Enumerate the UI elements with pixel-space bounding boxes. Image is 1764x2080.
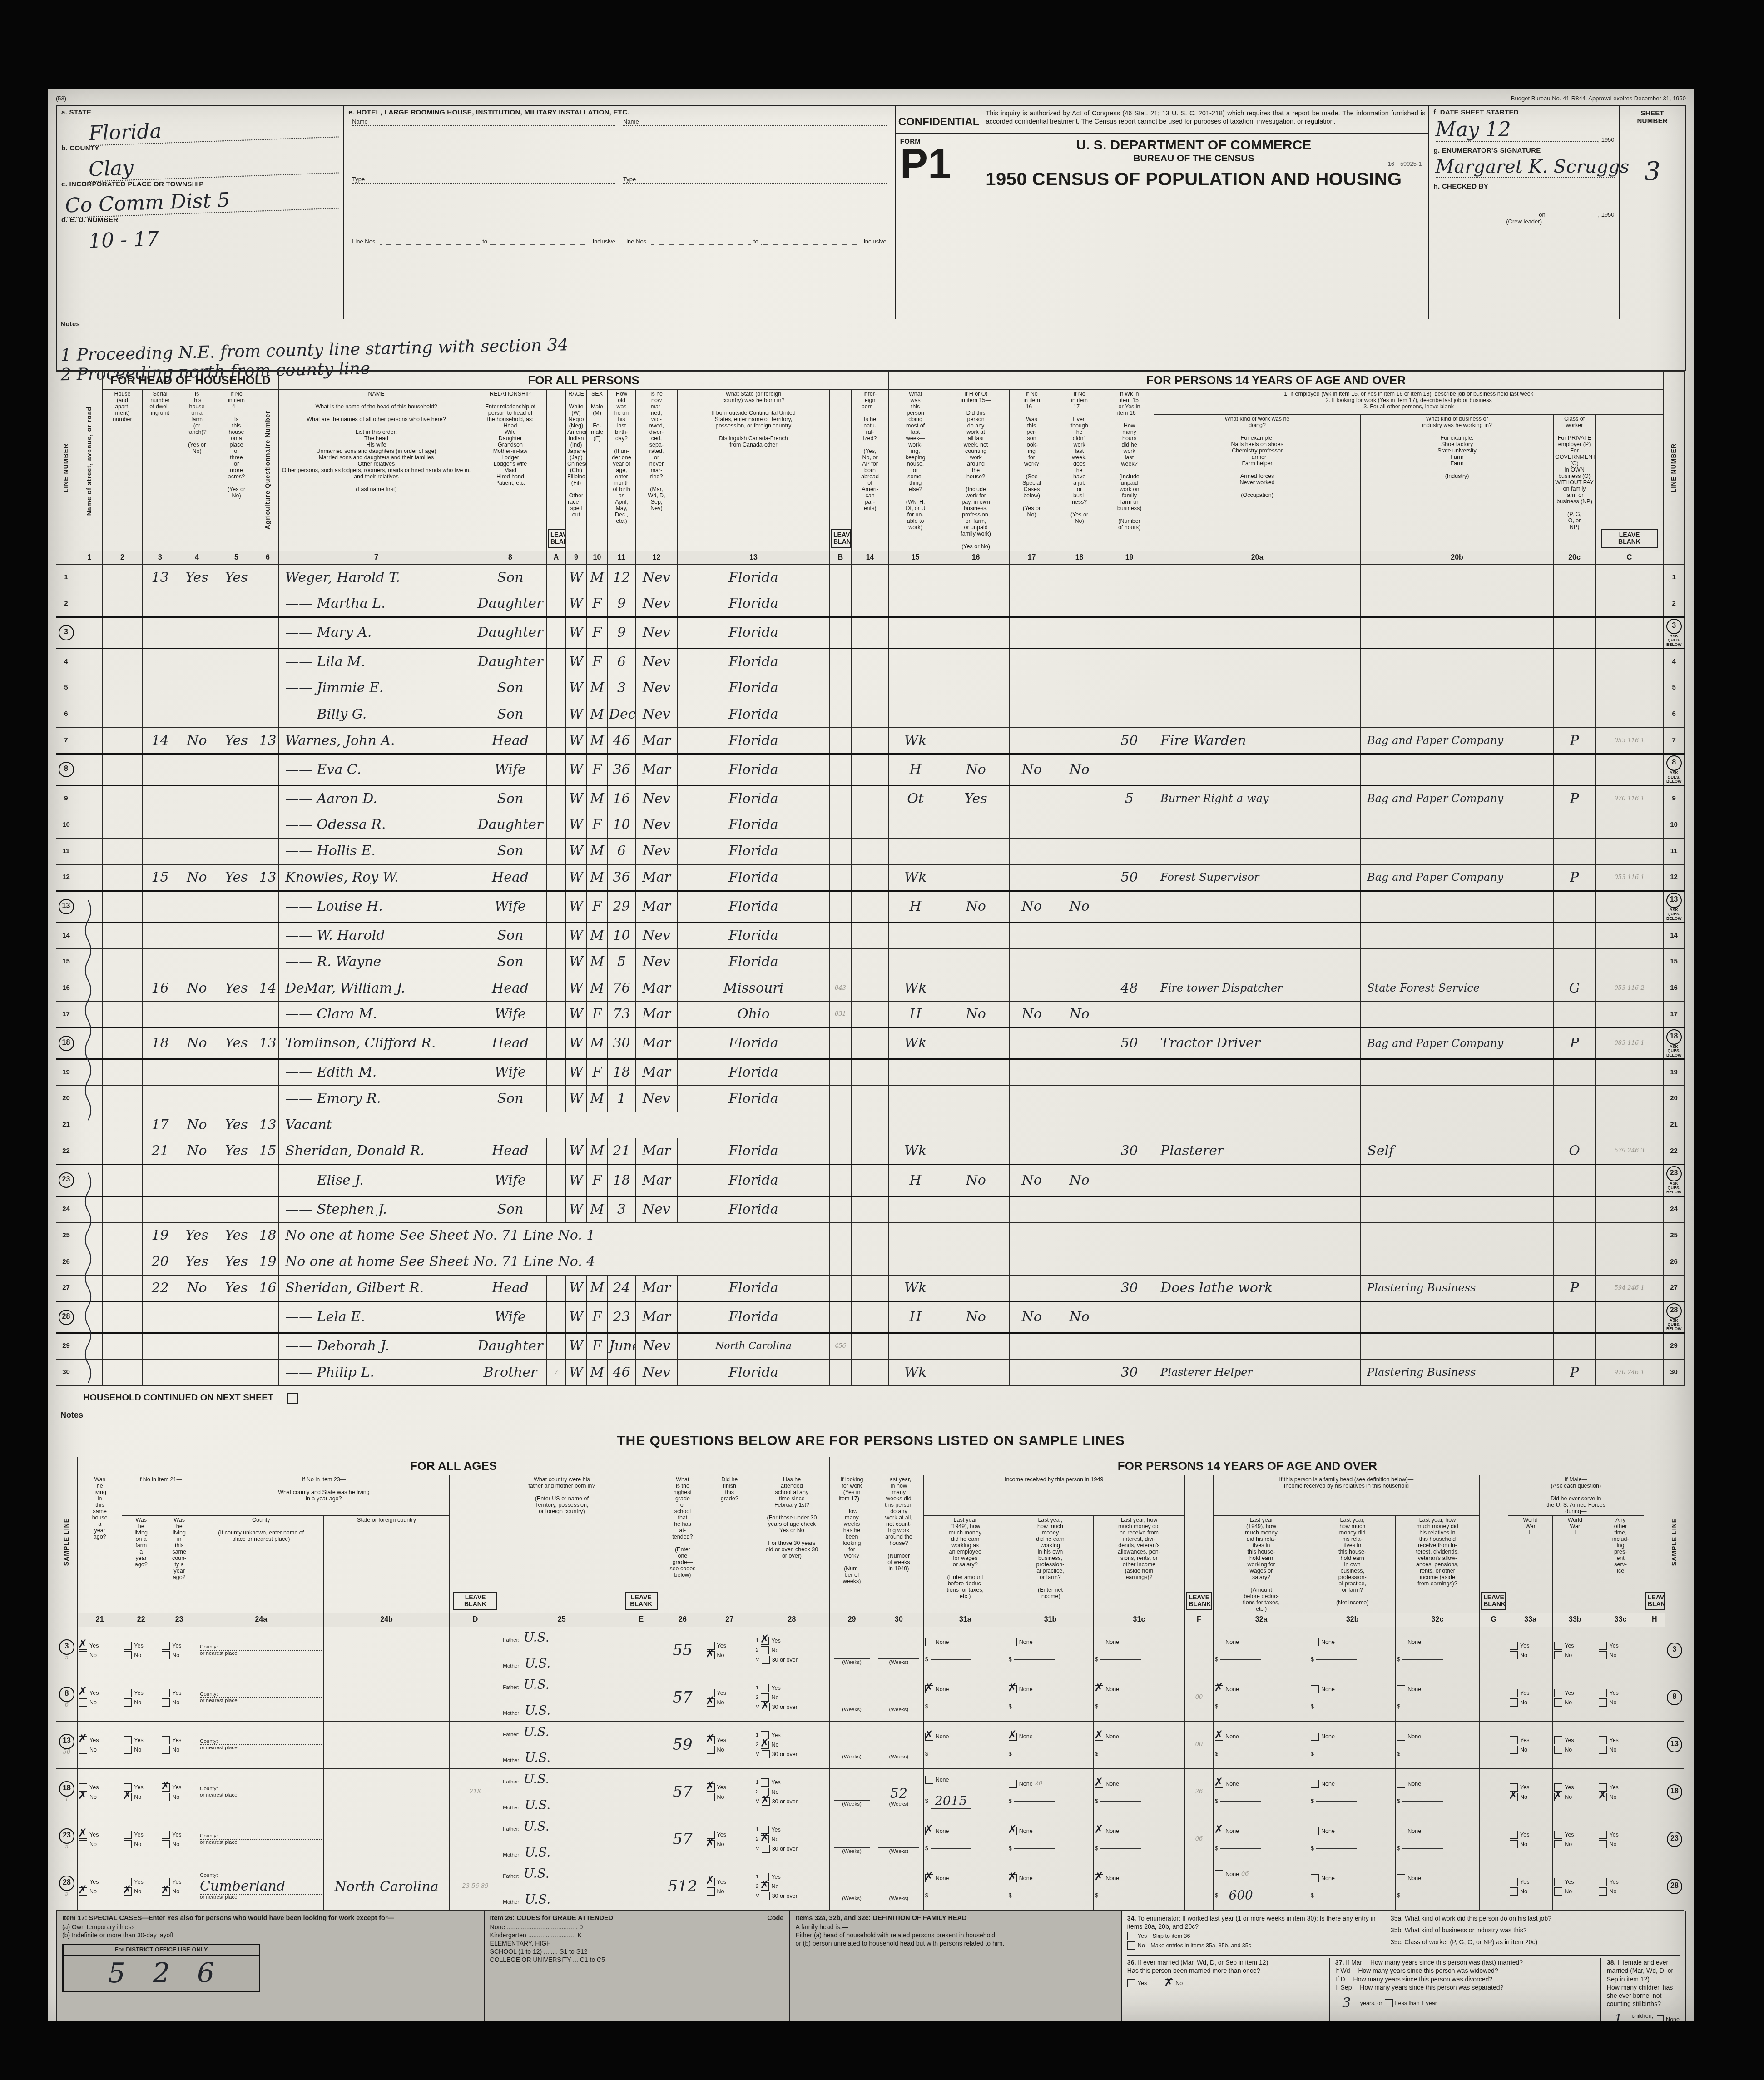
checkbox	[1510, 1831, 1518, 1839]
relatives-other-32c: None$	[1396, 1674, 1479, 1721]
looking-for-work	[1010, 591, 1054, 617]
checkbox	[1397, 1874, 1405, 1882]
industry: Bag and Paper Company	[1361, 864, 1554, 891]
has-job: No	[1054, 1165, 1105, 1196]
sex: M	[587, 675, 608, 701]
column-number: 3	[143, 551, 178, 565]
armed-forces-header: If Male— (Ask each question) Did he ever…	[1508, 1475, 1644, 1515]
has-job: No	[1054, 754, 1105, 785]
served-ww1: YesNo	[1553, 1627, 1597, 1674]
line-number-right: 9	[1664, 785, 1685, 812]
checkbox	[762, 1845, 770, 1853]
checkbox-label: No	[89, 1794, 97, 1800]
person-row: 2620YesYes19No one at home See Sheet No.…	[56, 1249, 1685, 1275]
hours-worked	[1105, 754, 1154, 785]
checkbox: ✗	[762, 1703, 770, 1711]
to-label: to	[482, 238, 487, 245]
leave-blank-d: 23 56 89	[449, 1863, 501, 1910]
hotel-name-label: Name	[623, 118, 887, 126]
leave-blank-c	[1596, 617, 1664, 649]
sex: M	[587, 1196, 608, 1222]
checkbox: ✗	[79, 1831, 87, 1839]
has-job	[1054, 617, 1105, 649]
leave-blank-d: 21X	[449, 1768, 501, 1816]
looking-for-work	[1010, 1359, 1054, 1385]
looking-for-work	[1010, 565, 1054, 591]
industry	[1361, 1086, 1554, 1112]
served-other-time: Yes✗No	[1597, 1768, 1644, 1816]
street-cell	[76, 922, 103, 948]
agriculture-questionnaire	[257, 1086, 279, 1112]
checkbox	[1311, 1733, 1319, 1741]
class-of-worker: P	[1554, 785, 1596, 812]
all-persons-band: FOR ALL PERSONS	[279, 372, 889, 390]
class-of-worker	[1554, 891, 1596, 922]
marital-status: Mar	[636, 1001, 678, 1028]
line-number-right: 23ASK QUES. BELOW	[1664, 1165, 1685, 1196]
hours-worked	[1105, 675, 1154, 701]
naturalized	[852, 1138, 889, 1165]
leave-blank-a	[547, 785, 566, 812]
leave-blank-e	[622, 1627, 660, 1674]
sample-line-badge: 3	[1667, 1643, 1682, 1658]
hotel-title: e. HOTEL, LARGE ROOMING HOUSE, INSTITUTI…	[348, 109, 890, 116]
line-number-left: 27	[56, 1275, 76, 1301]
checkbox-label: No	[1565, 1747, 1572, 1753]
persons-14-band: FOR PERSONS 14 YEARS OF AGE AND OVER	[829, 1457, 1665, 1475]
person-name: —— Clara M.	[279, 1001, 474, 1028]
line-number-left: 12	[56, 864, 76, 891]
year-1950: , 1950	[1598, 136, 1614, 143]
enumerator-label: g. ENUMERATOR'S SIGNATURE	[1434, 147, 1615, 154]
leave-blank-b	[830, 838, 852, 864]
checkbox	[762, 1892, 770, 1900]
street-cell	[76, 565, 103, 591]
marital-status: Mar	[636, 728, 678, 754]
naturalized	[852, 1333, 889, 1359]
checkbox: ✗	[1510, 1793, 1518, 1801]
person-name: —— Lela E.	[279, 1301, 474, 1333]
looking-for-work	[1010, 1275, 1054, 1301]
col-header-acres: If No in item 4— Is this house on a plac…	[216, 390, 257, 551]
state-year-ago: North Carolina	[324, 1863, 449, 1910]
item-34-yes-label: Yes—Skip to item 36	[1138, 1932, 1190, 1940]
class-of-worker	[1554, 565, 1596, 591]
did-any-work	[942, 1112, 1010, 1138]
checkbox: ✗	[1095, 1874, 1103, 1882]
class-of-worker	[1554, 1001, 1596, 1028]
birthplace: Florida	[678, 728, 830, 754]
occupation	[1154, 675, 1361, 701]
relationship: Son	[474, 948, 547, 975]
same-county-year-ago: ✗YesNo	[160, 1768, 198, 1816]
house-number	[103, 948, 143, 975]
income-own-business-31b: None20$	[1007, 1768, 1093, 1816]
col-header-mar: Is he now mar- ried, wid- owed, divor- c…	[636, 390, 678, 551]
street-cell	[76, 948, 103, 975]
column-number: 5	[216, 551, 257, 565]
finished-grade: Yes✗No	[705, 1627, 754, 1674]
checkbox-label: Yes	[1520, 1879, 1529, 1885]
class-of-worker: P	[1554, 864, 1596, 891]
finished-grade: Yes✗No	[705, 1674, 754, 1721]
activity-last-week	[889, 1059, 942, 1086]
leave-blank-h	[1644, 1816, 1665, 1863]
street-cell	[76, 1001, 103, 1028]
sex: F	[587, 591, 608, 617]
house-number	[103, 649, 143, 675]
leave-blank-b	[830, 812, 852, 838]
served-ww2: YesNo	[1508, 1674, 1552, 1721]
checkbox-label: No	[134, 1699, 141, 1706]
checkbox: ✗	[79, 1689, 87, 1697]
three-acres	[216, 785, 257, 812]
sheet-number-value: 3	[1625, 157, 1680, 186]
activity-last-week: Wk	[889, 1138, 942, 1165]
birthplace: Florida	[678, 838, 830, 864]
leave-blank-h	[1644, 1674, 1665, 1721]
class-of-worker	[1554, 1086, 1596, 1112]
on-farm: Yes	[178, 1222, 216, 1249]
checkbox-label: No	[172, 1699, 179, 1706]
confidential-text: This inquiry is authorized by Act of Con…	[986, 109, 1425, 129]
checkbox: ✗	[79, 1736, 87, 1744]
leave-blank-g	[1479, 1768, 1508, 1816]
sex: M	[587, 975, 608, 1001]
col-header-house: House (and apart- ment) number	[103, 390, 143, 551]
checkbox	[1599, 1698, 1607, 1707]
sample-line-left: 35	[56, 1627, 78, 1674]
did-any-work	[942, 617, 1010, 649]
agriculture-questionnaire	[257, 675, 279, 701]
checkbox	[1510, 1840, 1518, 1848]
hours-worked	[1105, 1333, 1154, 1359]
person-name: Sheridan, Donald R.	[279, 1138, 474, 1165]
checkbox-label: Yes	[1520, 1737, 1529, 1743]
sample-line-badge: 23	[59, 1828, 74, 1844]
leave-blank-f: 26	[1184, 1768, 1213, 1816]
three-acres	[216, 675, 257, 701]
marital-status: Nev	[636, 701, 678, 728]
has-job	[1054, 649, 1105, 675]
leave-blank-a	[547, 838, 566, 864]
person-row: 2117NoYes13Vacant21	[56, 1112, 1685, 1138]
three-acres	[216, 1333, 257, 1359]
did-any-work	[942, 649, 1010, 675]
enumerator-signature: Margaret K. Scruggs	[1436, 156, 1615, 178]
age: 29	[608, 891, 636, 922]
column-number: 33c	[1597, 1613, 1644, 1627]
checkbox-label: Yes	[1609, 1832, 1618, 1838]
checkbox	[1397, 1733, 1405, 1741]
sample-line-badge: 8	[59, 1687, 74, 1702]
did-any-work	[942, 1222, 1010, 1249]
household-continued-label: HOUSEHOLD CONTINUED ON NEXT SHEET	[83, 1393, 273, 1403]
class-of-worker	[1554, 649, 1596, 675]
special-cases-title: Item 17: SPECIAL CASES—Enter Yes also fo…	[62, 1914, 478, 1923]
sample-line-left: 235	[56, 1816, 78, 1863]
column-number: A	[547, 551, 566, 565]
leave-blank-c	[1596, 591, 1664, 617]
checkbox	[124, 1651, 132, 1659]
column-number: 9	[566, 551, 587, 565]
item-38-text: If female and ever married (Mar, Wd, D, …	[1607, 1959, 1673, 2007]
looking-for-work	[1010, 838, 1054, 864]
occupation	[1154, 1001, 1361, 1028]
occupation	[1154, 1222, 1361, 1249]
activity-last-week	[889, 565, 942, 591]
leave-blank-c	[1596, 1001, 1664, 1028]
col-header-name: NAME What is the name of the head of thi…	[279, 390, 474, 551]
checkbox-label: Yes	[1565, 1643, 1574, 1649]
looking-for-work	[1010, 975, 1054, 1001]
q27-header: Did he finish this grade?	[705, 1475, 754, 1613]
weeks-worked-1949: (Weeks)	[874, 1627, 923, 1674]
q33c-header: Any other time, includ- ing pres- ent se…	[1597, 1515, 1644, 1613]
marital-status: Mar	[636, 975, 678, 1001]
same-house-year-ago: ✗YesNo	[78, 1627, 122, 1674]
leave-blank-c	[1596, 675, 1664, 701]
marital-status: Mar	[636, 891, 678, 922]
checkbox: ✗	[707, 1878, 715, 1886]
checkbox	[1397, 1827, 1405, 1835]
industry	[1361, 701, 1554, 728]
leave-blank-a: 7	[547, 1359, 566, 1385]
line-number-left: 18	[56, 1028, 76, 1059]
sample-row: 86✗YesNoYesNoYesNoCounty:or nearest plac…	[56, 1674, 1684, 1721]
leave-blank-a	[547, 1275, 566, 1301]
on-farm: No	[178, 864, 216, 891]
on-farm	[178, 1001, 216, 1028]
leave-blank-g	[1479, 1721, 1508, 1768]
hours-worked	[1105, 1086, 1154, 1112]
checkbox-label: No	[172, 1652, 179, 1658]
checkbox: ✗	[707, 1783, 715, 1792]
checkbox	[1095, 1638, 1103, 1646]
house-number	[103, 785, 143, 812]
leave-blank-a	[547, 565, 566, 591]
column-number: 31b	[1007, 1613, 1093, 1627]
looking-for-work: No	[1010, 1001, 1054, 1028]
birthplace: Florida	[678, 1165, 830, 1196]
leave-blank-g: LEAVE BLANK	[1479, 1475, 1508, 1613]
line-number-right: 3ASK QUES. BELOW	[1664, 617, 1685, 649]
column-number: F	[1184, 1613, 1213, 1627]
checkbox: ✗	[1215, 1827, 1223, 1835]
marital-status: Nev	[636, 812, 678, 838]
relationship: Daughter	[474, 1333, 547, 1359]
column-number: 20b	[1361, 551, 1554, 565]
sex: F	[587, 1165, 608, 1196]
q31c-header: Last year, how much money did he receive…	[1094, 1515, 1185, 1613]
house-number	[103, 838, 143, 864]
state-label: a. STATE	[61, 109, 91, 116]
sample-line-badge: 13	[1667, 1737, 1682, 1752]
looking-for-work	[1010, 812, 1054, 838]
sample-row: 35✗YesNoYesNoYesNoCounty:or nearest plac…	[56, 1627, 1684, 1674]
occupation	[1154, 1086, 1361, 1112]
industry	[1361, 838, 1554, 864]
house-number	[103, 864, 143, 891]
sex: F	[587, 754, 608, 785]
race: W	[566, 975, 587, 1001]
naturalized	[852, 649, 889, 675]
occupation: Tractor Driver	[1154, 1028, 1361, 1059]
person-name: —— Edith M.	[279, 1059, 474, 1086]
column-number: 27	[705, 1613, 754, 1627]
street-cell	[76, 838, 103, 864]
sample-line-header: SAMPLE LINE	[1665, 1457, 1684, 1627]
marital-status: Mar	[636, 1275, 678, 1301]
agriculture-questionnaire: 13	[257, 1112, 279, 1138]
weeks-looking: (Weeks)	[829, 1768, 874, 1816]
sex: M	[587, 785, 608, 812]
street-header: Name of street, avenue, or road	[76, 372, 103, 551]
checkbox	[1599, 1746, 1607, 1754]
occupation	[1154, 922, 1361, 948]
did-any-work	[942, 948, 1010, 975]
leave-blank-c: 579 246 3	[1596, 1138, 1664, 1165]
dwelling-serial	[143, 1059, 178, 1086]
column-number: 32a	[1214, 1613, 1309, 1627]
col-header-industry: What kind of business or industry was he…	[1361, 414, 1554, 551]
leave-blank-f	[1184, 1863, 1213, 1910]
leave-blank-c: 594 246 1	[1596, 1275, 1664, 1301]
has-job	[1054, 864, 1105, 891]
leave-blank-b: 031	[830, 1001, 852, 1028]
birthplace: Florida	[678, 1086, 830, 1112]
sex: M	[587, 1086, 608, 1112]
person-row: 19—— Edith M.WifeWF18MarFlorida19	[56, 1059, 1685, 1086]
family-head-title: Items 32a, 32b, and 32c: DEFINITION OF F…	[795, 1914, 1115, 1923]
checkbox-label: Yes	[717, 1737, 726, 1743]
age: 30	[608, 1028, 636, 1059]
leave-blank-e	[622, 1721, 660, 1768]
finished-grade: ✗YesNo	[705, 1721, 754, 1768]
leave-blank-f	[1184, 1627, 1213, 1674]
same-county-year-ago: YesNo	[160, 1627, 198, 1674]
occupation	[1154, 948, 1361, 975]
leave-blank-f: LEAVE BLANK	[1184, 1475, 1213, 1613]
served-ww1: Yes✗No	[1553, 1768, 1597, 1816]
checkbox: ✗	[1095, 1733, 1103, 1741]
q31a-header: Last year (1949), how much money did he …	[923, 1515, 1007, 1613]
house-number	[103, 1301, 143, 1333]
class-of-worker: P	[1554, 1275, 1596, 1301]
sample-line-badge: 3	[59, 625, 74, 640]
person-name: —— Louise H.	[279, 891, 474, 922]
column-number: 32c	[1396, 1613, 1479, 1627]
col-header-lb: LEAVE BLANK	[830, 390, 852, 551]
checkbox: ✗	[1009, 1733, 1017, 1741]
q32b-header: Last year, how much money did his rela- …	[1309, 1515, 1396, 1613]
race: W	[566, 728, 587, 754]
sex: M	[587, 864, 608, 891]
house-number	[103, 1112, 143, 1138]
birthplace: Florida	[678, 649, 830, 675]
birthplace: Florida	[678, 1138, 830, 1165]
income-own-business-31b: ✗None$	[1007, 1721, 1093, 1768]
looking-for-work	[1010, 1112, 1054, 1138]
relationship: Wife	[474, 1165, 547, 1196]
line-number-left: 15	[56, 948, 76, 975]
weeks-looking: (Weeks)	[829, 1674, 874, 1721]
class-of-worker	[1554, 675, 1596, 701]
item-34-no-label: No—Make entries in items 35a, 35b, and 3…	[1138, 1942, 1251, 1949]
age: 76	[608, 975, 636, 1001]
leave-blank-c	[1596, 1222, 1664, 1249]
same-house-year-ago: Yes✗No	[78, 1768, 122, 1816]
has-job	[1054, 1275, 1105, 1301]
sample-lines-table: SAMPLE LINEFOR ALL AGESFOR PERSONS 14 YE…	[56, 1457, 1684, 1911]
hours-worked	[1105, 922, 1154, 948]
checkbox-label: Yes	[134, 1643, 143, 1649]
leave-blank-b	[830, 1359, 852, 1385]
checkbox	[162, 1831, 170, 1839]
leave-blank-c	[1596, 922, 1664, 948]
dwelling-serial	[143, 1165, 178, 1196]
occupation	[1154, 812, 1361, 838]
checkbox-label: Yes	[89, 1879, 99, 1885]
naturalized	[852, 975, 889, 1001]
column-number: 11	[608, 551, 636, 565]
relatives-other-32c: None$	[1396, 1627, 1479, 1674]
checkbox	[1554, 1651, 1562, 1659]
race: W	[566, 812, 587, 838]
leave-blank-a	[547, 1001, 566, 1028]
agriculture-questionnaire	[257, 812, 279, 838]
col-header-lb: LEAVE BLANK	[547, 390, 566, 551]
has-job	[1054, 1086, 1105, 1112]
checkbox	[925, 1638, 933, 1646]
class-of-worker	[1554, 617, 1596, 649]
three-acres	[216, 1196, 257, 1222]
hours-worked: 48	[1105, 975, 1154, 1001]
agriculture-questionnaire	[257, 591, 279, 617]
three-acres	[216, 1059, 257, 1086]
class-of-worker	[1554, 1059, 1596, 1086]
birthplace: Ohio	[678, 1001, 830, 1028]
same-county-year-ago: YesNo	[160, 1674, 198, 1721]
persons-14-band: FOR PERSONS 14 YEARS OF AGE AND OVER	[889, 372, 1664, 390]
agriculture-questionnaire: 13	[257, 1028, 279, 1059]
relationship: Head	[474, 1275, 547, 1301]
finished-grade: ✗YesNo	[705, 1768, 754, 1816]
sex: M	[587, 565, 608, 591]
leave-blank-h	[1644, 1721, 1665, 1768]
industry	[1361, 948, 1554, 975]
house-number	[103, 754, 143, 785]
line-number-left: 10	[56, 812, 76, 838]
relationship: Son	[474, 922, 547, 948]
person-name: —— W. Harold	[279, 922, 474, 948]
checkbox-label: Yes	[134, 1737, 143, 1743]
date-started-label: f. DATE SHEET STARTED	[1434, 109, 1615, 116]
county-year-ago: County:or nearest place:	[198, 1768, 324, 1816]
checkbox-label: Yes	[1565, 1784, 1574, 1791]
agriculture-questionnaire	[257, 565, 279, 591]
class-of-worker	[1554, 754, 1596, 785]
checkbox: ✗	[1599, 1793, 1607, 1801]
on-farm	[178, 948, 216, 975]
column-number: 31c	[1094, 1613, 1185, 1627]
has-job	[1054, 591, 1105, 617]
income-other-31c: None$	[1094, 1627, 1185, 1674]
checkbox: ✗	[1009, 1827, 1017, 1835]
leave-blank-d	[449, 1816, 501, 1863]
column-number: 20c	[1554, 551, 1596, 565]
street-cell	[76, 1249, 103, 1275]
